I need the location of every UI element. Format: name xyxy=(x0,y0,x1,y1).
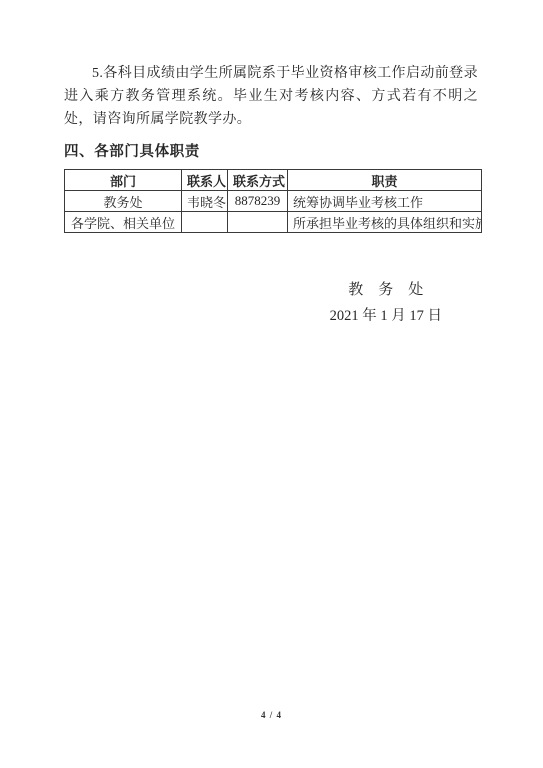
cell-contact: 韦晓冬 xyxy=(182,191,228,212)
cell-department: 各学院、相关单位 xyxy=(65,212,182,233)
cell-department: 教务处 xyxy=(65,191,182,212)
column-header-contact: 联系人 xyxy=(182,170,228,191)
column-header-duty: 职责 xyxy=(288,170,482,191)
cell-duty: 所承担毕业考核的具体组织和实施 xyxy=(288,212,482,233)
cell-duty: 统筹协调毕业考核工作 xyxy=(288,191,482,212)
paragraph-item-5: 5.各科目成绩由学生所属院系于毕业资格审核工作启动前登录进入乘方教务管理系统。毕… xyxy=(64,62,478,131)
signature-block: 教 务 处 2021 年 1 月 17 日 xyxy=(330,277,442,329)
section-heading: 四、各部门具体职责 xyxy=(64,140,478,161)
table-header-row: 部门 联系人 联系方式 职责 xyxy=(65,170,482,191)
page-content: 5.各科目成绩由学生所属院系于毕业资格审核工作启动前登录进入乘方教务管理系统。毕… xyxy=(0,0,543,233)
document-page: 5.各科目成绩由学生所属院系于毕业资格审核工作启动前登录进入乘方教务管理系统。毕… xyxy=(0,0,543,768)
cell-contact xyxy=(182,212,228,233)
table-row: 教务处 韦晓冬 8878239 统筹协调毕业考核工作 xyxy=(65,191,482,212)
cell-phone xyxy=(228,212,288,233)
column-header-phone: 联系方式 xyxy=(228,170,288,191)
table-row: 各学院、相关单位 所承担毕业考核的具体组织和实施 xyxy=(65,212,482,233)
page-number: 4 / 4 xyxy=(0,710,543,720)
signature-department: 教 务 处 xyxy=(330,277,442,303)
cell-phone: 8878239 xyxy=(228,191,288,212)
column-header-department: 部门 xyxy=(65,170,182,191)
signature-date: 2021 年 1 月 17 日 xyxy=(330,303,442,329)
responsibility-table: 部门 联系人 联系方式 职责 教务处 韦晓冬 8878239 统筹协调毕业考核工… xyxy=(64,169,482,233)
